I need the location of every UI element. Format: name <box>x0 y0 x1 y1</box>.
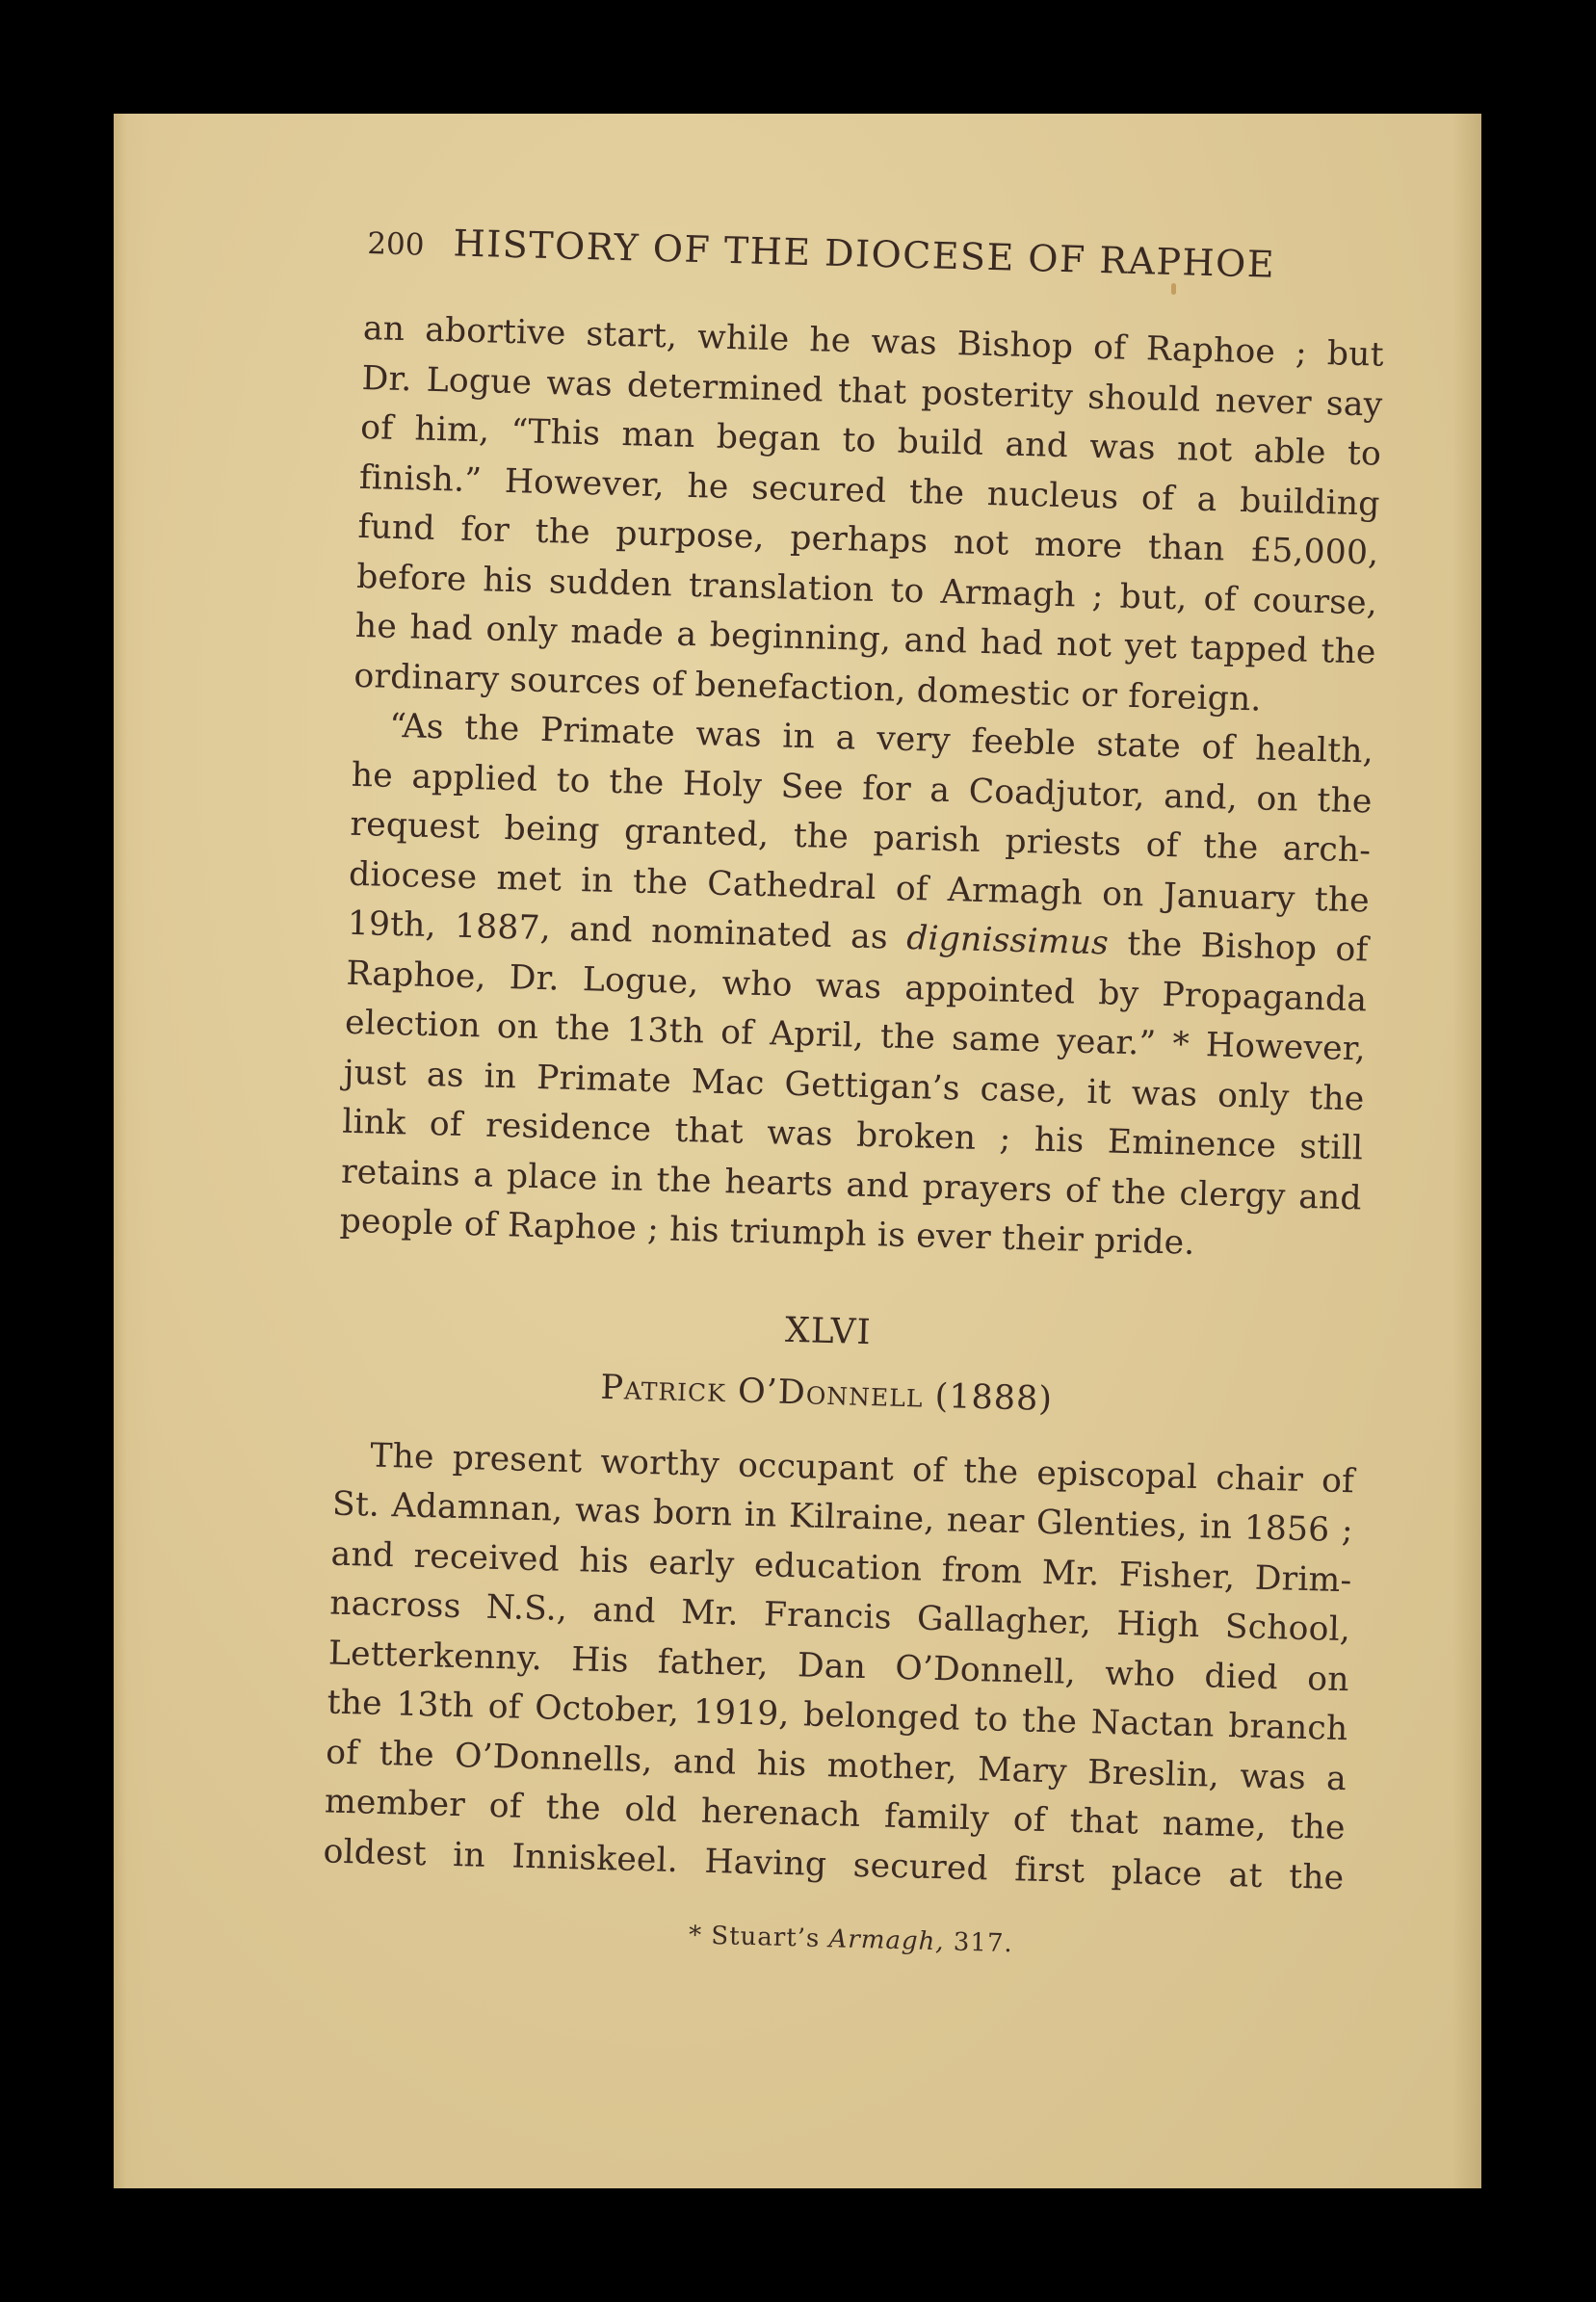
chapter-number: XLVI <box>337 1298 1359 1365</box>
running-title: HISTORY OF THE DIOCESE OF RAPHOE <box>453 222 1276 285</box>
footnote-page: 317. <box>953 1928 1013 1959</box>
italic-term: dignissimus <box>906 919 1110 962</box>
footnote-work: Armagh, <box>828 1924 945 1956</box>
text-run: the Bishop of <box>1108 924 1369 969</box>
footnote-author: Stuart’s <box>711 1922 821 1953</box>
footnote-marker: * <box>689 1921 703 1949</box>
running-head: 200 HISTORY OF THE DIOCESE OF RAPHOE <box>367 220 1387 289</box>
paragraph-3: The present worthy occupant of the episc… <box>323 1430 1355 1903</box>
page-text-block: 200 HISTORY OF THE DIOCESE OF RAPHOE an … <box>321 220 1386 1967</box>
book-page: 200 HISTORY OF THE DIOCESE OF RAPHOE an … <box>114 114 1481 2188</box>
paragraph-1: an abortive start, while he was Bishop o… <box>353 304 1384 728</box>
page-number: 200 <box>367 226 425 263</box>
footnote: * Stuart’s Armagh, 317. <box>321 1911 1342 1967</box>
chapter-title: Patrick O’Donnell (1888) <box>335 1361 1357 1426</box>
text-run: 19th, 1887, and nominated as <box>347 904 906 957</box>
paragraph-2: “As the Primate was in a very feeble sta… <box>339 701 1374 1273</box>
